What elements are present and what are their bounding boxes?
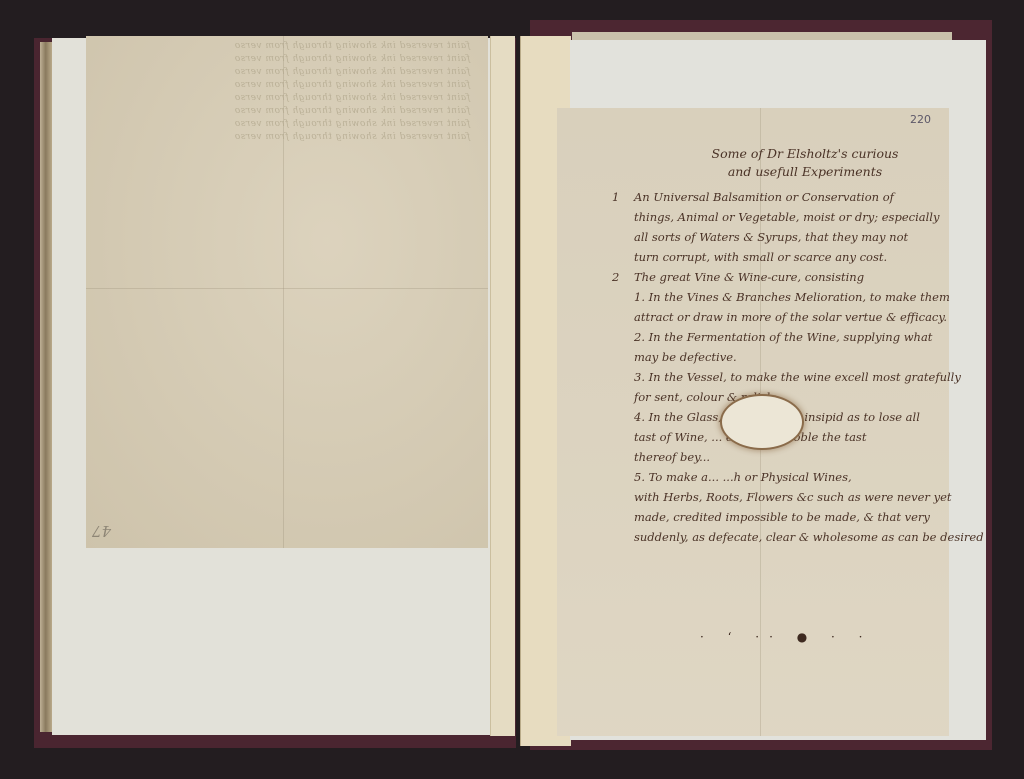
ms-line: with Herbs, Roots, Flowers &c such as we… [612,490,952,510]
ms-line: suddenly, as defecate, clear & wholesome… [612,530,952,550]
ms-line: thereof bey... [612,450,952,470]
ink-spots: · ‘ ·· ● · · [700,630,900,650]
ms-line: made, credited impossible to be made, & … [612,510,952,530]
manuscript-title: Some of Dr Elsholtz's curious and useful… [690,145,920,181]
ms-line: attract or draw in more of the solar ver… [612,310,952,330]
left-folio-number: 47 [92,522,111,540]
bleed-through-text: faint reversed ink showing through from … [110,40,470,144]
paper-hole-damage [722,396,802,448]
ms-line: 3. In the Vessel, to make the wine excel… [612,370,952,390]
ms-line: 1An Universal Balsamition or Conservatio… [612,190,952,210]
ms-line: all sorts of Waters & Syrups, that they … [612,230,952,250]
ms-line: things, Animal or Vegetable, moist or dr… [612,210,952,230]
ms-line: 2The great Vine & Wine-cure, consisting [612,270,952,290]
left-gutter-guard [490,36,515,736]
manuscript-body: 1An Universal Balsamition or Conservatio… [612,190,952,550]
ms-line: 5. To make a... ...h or Physical Wines, [612,470,952,490]
ms-line: 1. In the Vines & Branches Melioration, … [612,290,952,310]
ms-line: turn corrupt, with small or scarce any c… [612,250,952,270]
ms-line: may be defective. [612,350,952,370]
ms-line: 2. In the Fermentation of the Wine, supp… [612,330,952,350]
right-folio-number: 220 [910,113,931,126]
left-leaf-fold-horizontal [86,288,488,289]
